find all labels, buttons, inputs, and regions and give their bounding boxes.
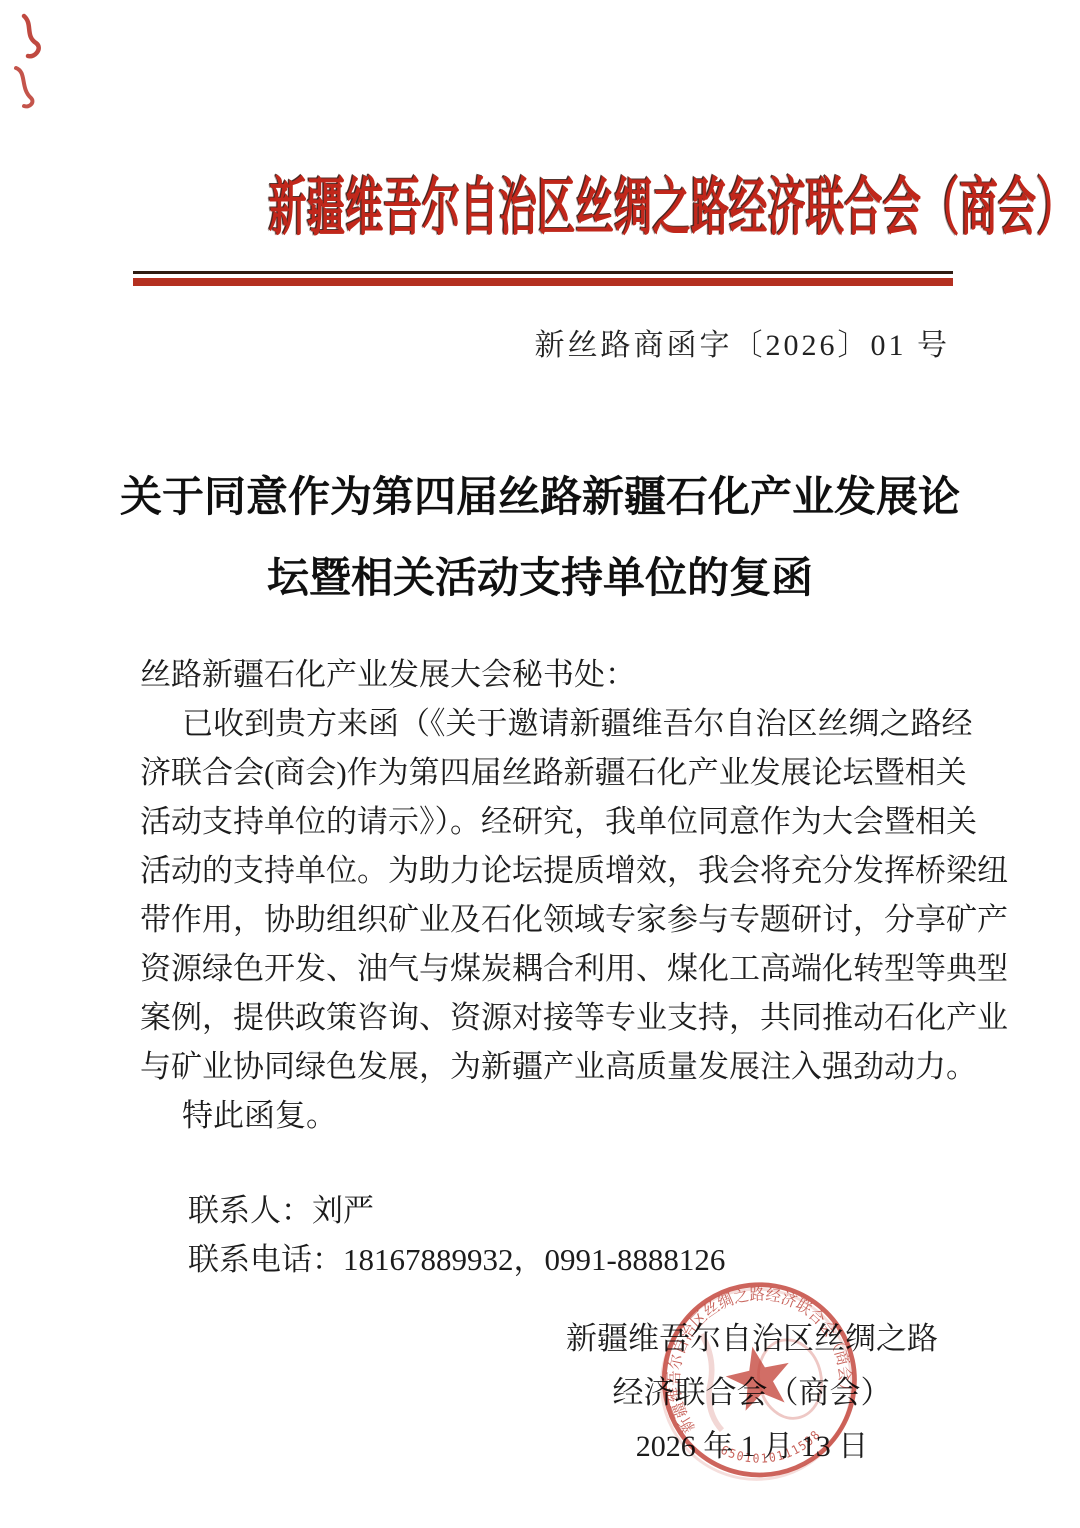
signature-block: 新疆维吾尔自治区丝绸之路 经济联合会（商会） 2026 年 1 月 13 日 [552,1312,952,1474]
closing-line: 特此函复。 [140,1091,955,1140]
signature-date: 2026 年 1 月 13 日 [552,1420,952,1474]
body-line: 济联合会(商会)作为第四届丝路新疆石化产业发展论坛暨相关 [140,748,955,797]
body-line: 活动支持单位的请示》）。经研究，我单位同意作为大会暨相关 [140,797,955,846]
body-line: 已收到贵方来函（《关于邀请新疆维吾尔自治区丝绸之路经 [140,699,955,748]
body-line: 案例，提供政策咨询、资源对接等专业支持，共同推动石化产业 [140,993,955,1042]
letter-title-line-2: 坛暨相关活动支持单位的复函 [0,539,1080,620]
body-line: 与矿业协同绿色发展，为新疆产业高质量发展注入强劲动力。 [140,1042,955,1091]
signature-org-line-1: 新疆维吾尔自治区丝绸之路 [552,1312,952,1366]
body-line: 带作用，协助组织矿业及石化领域专家参与专题研讨，分享矿产 [140,895,955,944]
letter-page: 新疆维吾尔自治区丝绸之路经济联合会（商会） 新丝路商函字〔2026〕01 号 关… [0,0,1080,1528]
contact-person: 联系人：刘严 [188,1186,725,1235]
contact-block: 联系人：刘严 联系电话：18167889932，0991-8888126 [188,1186,725,1284]
contact-phone: 联系电话：18167889932，0991-8888126 [188,1235,725,1284]
signature-org-line-2: 经济联合会（商会） [552,1366,952,1420]
body-line: 资源绿色开发、油气与煤炭耦合利用、煤化工高端化转型等典型 [140,944,955,993]
red-pen-marks-icon [6,6,54,116]
body-line: 活动的支持单位。为助力论坛提质增效，我会将充分发挥桥梁纽 [140,846,955,895]
letterhead-org-name: 新疆维吾尔自治区丝绸之路经济联合会（商会） [269,160,1075,256]
letterhead: 新疆维吾尔自治区丝绸之路经济联合会（商会） [0,160,1080,256]
letter-title-line-1: 关于同意作为第四届丝路新疆石化产业发展论 [0,458,1080,539]
letterhead-divider-dark [133,271,953,274]
salutation: 丝路新疆石化产业发展大会秘书处： [140,650,955,699]
document-number: 新丝路商函字〔2026〕01 号 [130,320,950,364]
letter-title: 关于同意作为第四届丝路新疆石化产业发展论 坛暨相关活动支持单位的复函 [0,458,1080,620]
letter-body: 丝路新疆石化产业发展大会秘书处： 已收到贵方来函（《关于邀请新疆维吾尔自治区丝绸… [140,650,955,1140]
letterhead-divider-red [133,278,953,286]
